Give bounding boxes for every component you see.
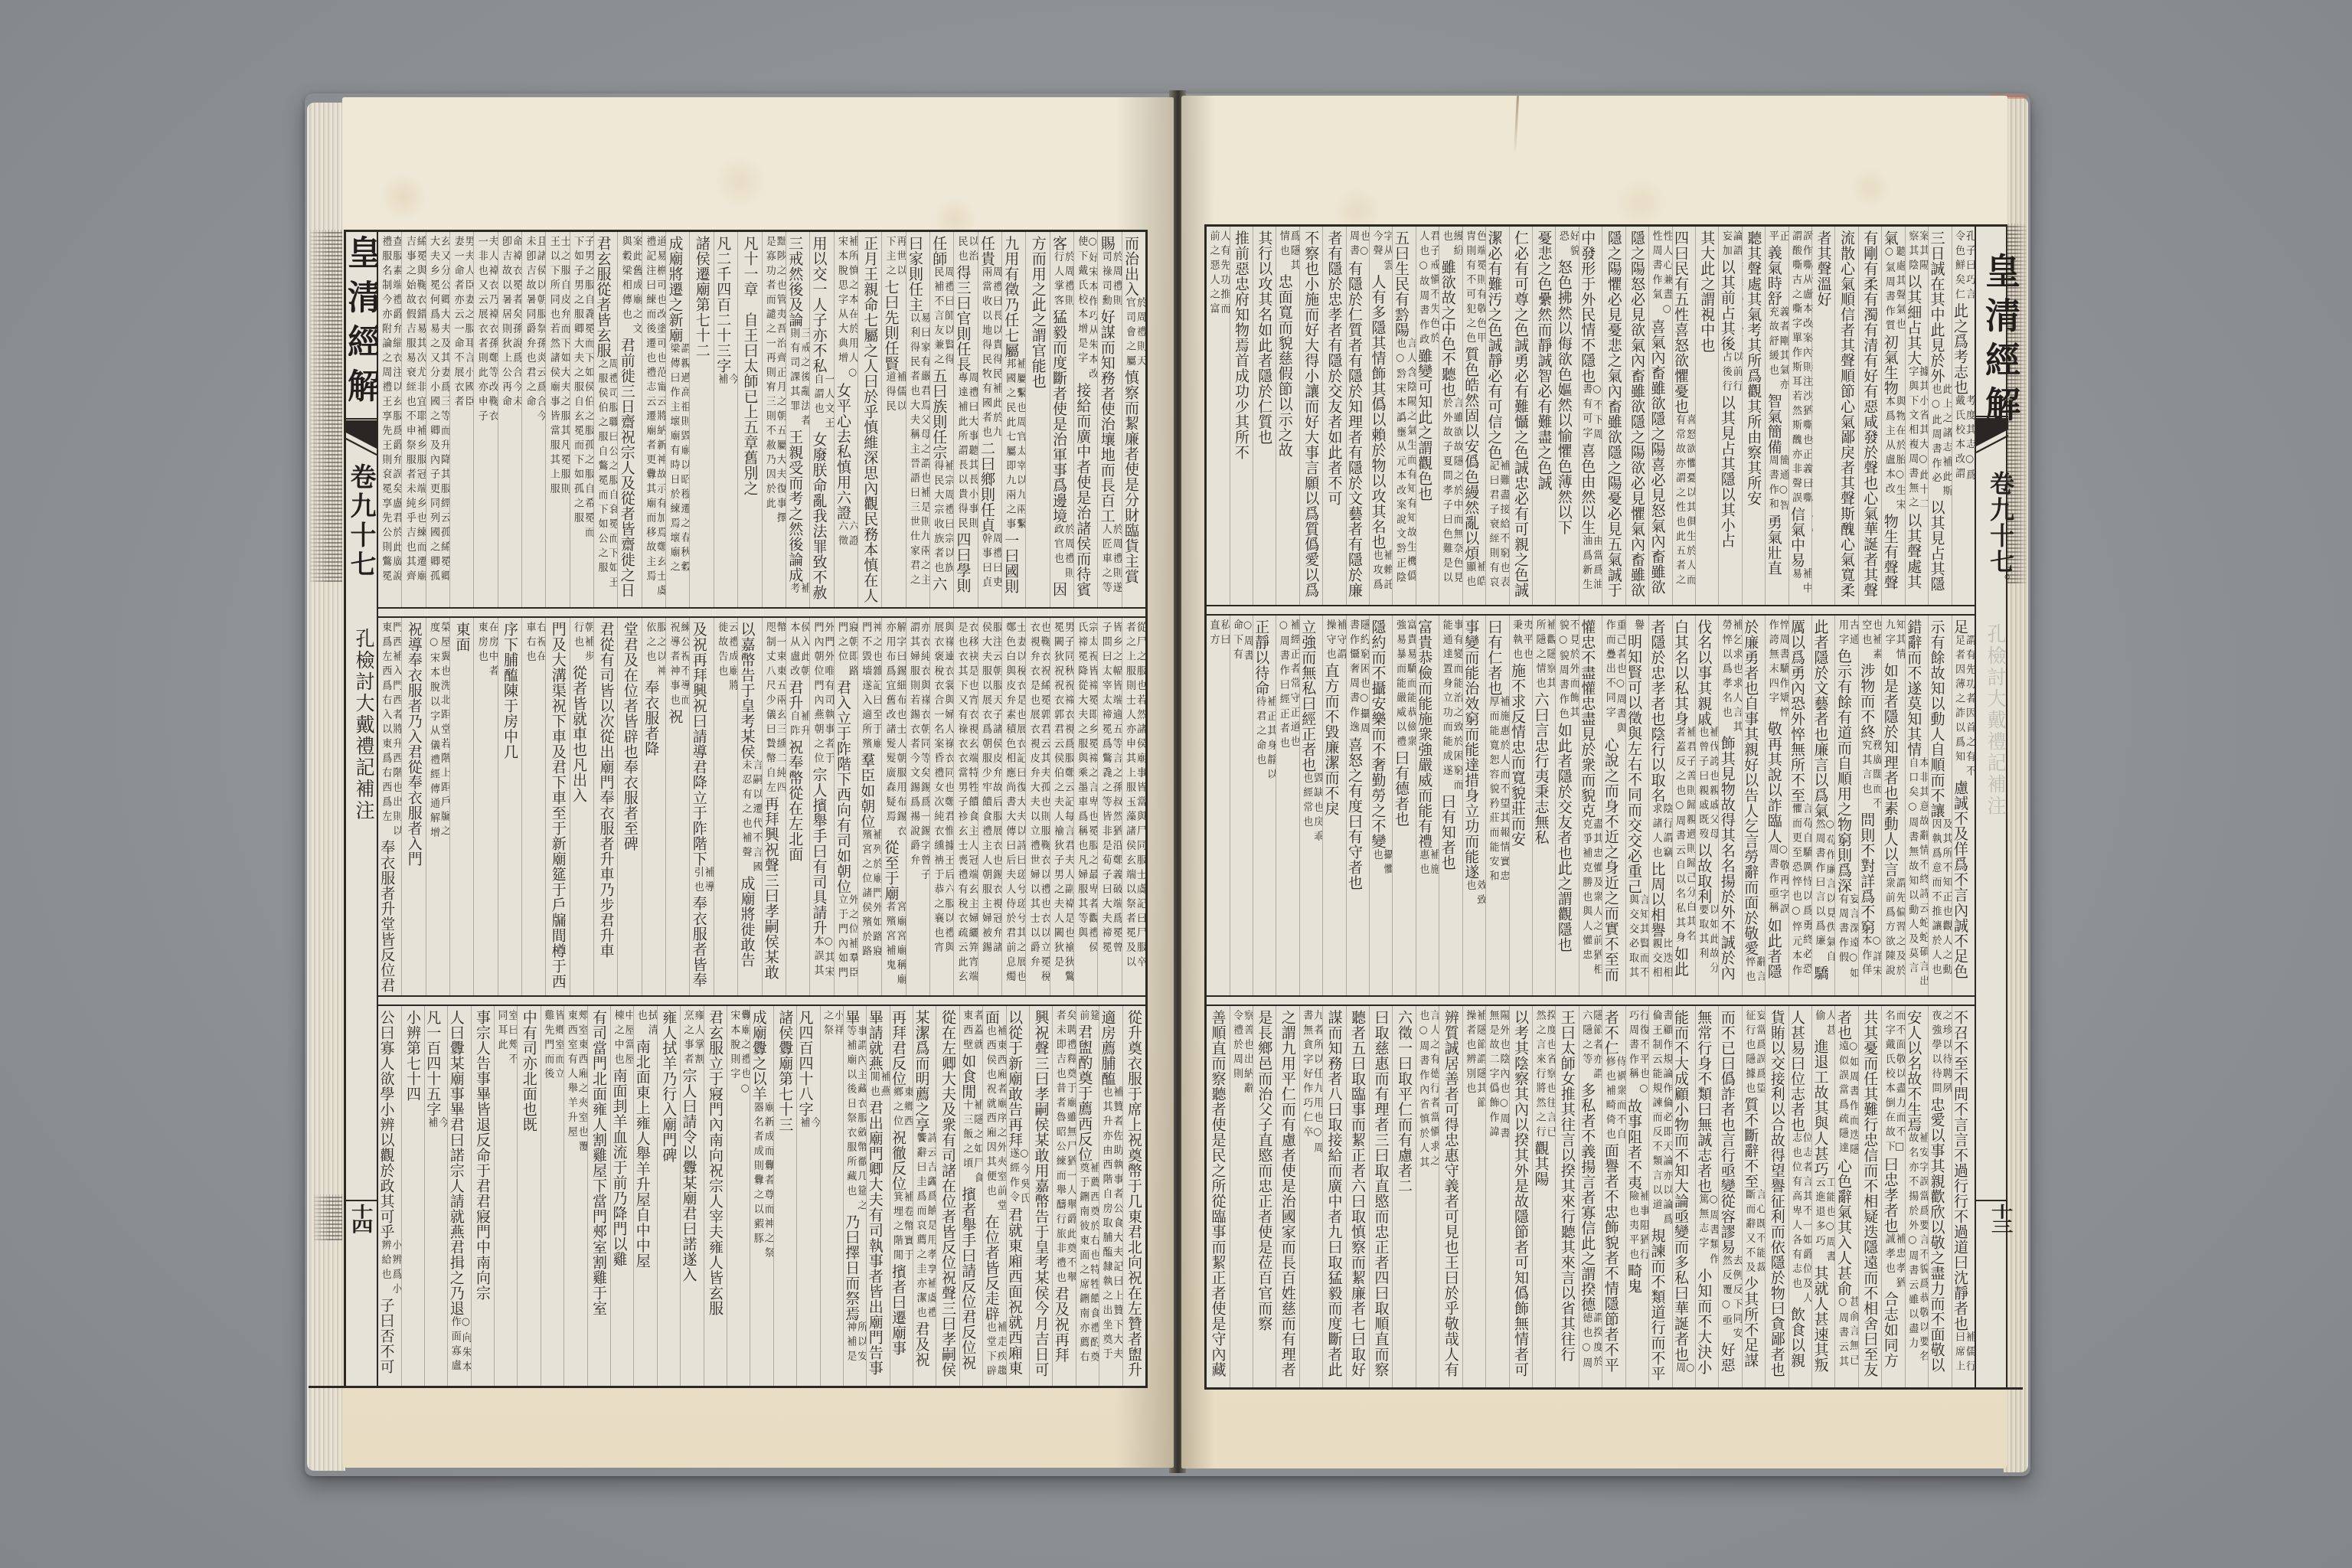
commentary-note: 於周禮則政官也 (1052, 524, 1073, 582)
paper-crease (1514, 96, 1519, 155)
commentary-line: 論語 (1731, 230, 1742, 260)
commentary-line: 士之服自皮弁而下如大夫之服其凡冕服則 (559, 236, 570, 498)
main-text: 聽者五曰取臨事而絜正者六曰取慎察而絜廉者七曰取好 (1349, 1010, 1366, 1377)
main-text: 五曰族則任宗 (930, 368, 947, 460)
commentary-line: 咫制丈八尺少儀曰贄幣自左 (764, 622, 775, 796)
main-text: 客 (1050, 236, 1067, 251)
commentary-note: 補列於廟門外如路寢殯宮之位諸侯殯於路 (860, 829, 881, 960)
main-text: 安人以名故不生焉 (1905, 1010, 1922, 1132)
main-text: 君出廟門卿大夫有司執事者皆出廟門告事 (867, 1100, 884, 1376)
commentary-line: 詩云吉蠲爲饎是用孝享補虞禮 (925, 1132, 936, 1321)
commentary-line: 之祭 (822, 1010, 832, 1039)
text-column: 客於周禮則行人掌客猛毅而度斷者使是治軍事爲邊境於周禮則政官也因 (1050, 232, 1073, 607)
main-text: 奉衣服者升堂皆反位君 (378, 840, 395, 993)
text-column: 任貴周禮曰長以貴得民補此於九兩當收以地得民牧有國者也二曰鄉則任貞周禮曰吏幹事曰貞 (978, 232, 1001, 607)
main-text: 好惡 (1719, 1342, 1736, 1373)
commentary-line: 妻一命者亦云一命不展衣者 (452, 236, 462, 410)
commentary-line: 徙故告也 (716, 622, 727, 694)
main-text: 初氣生物 (1882, 335, 1899, 396)
commentary-line: 箕埋之階閒 (891, 1191, 902, 1264)
main-text: 六 (930, 577, 947, 592)
commentary-line: 於周禮則 (1063, 524, 1073, 582)
commentary-line: 於外故子夏問孝子曰色難是以 (1441, 397, 1452, 586)
commentary-line: 也堂下辟 (985, 1321, 995, 1380)
main-text: 如此者隱 (1766, 918, 1782, 979)
main-text: 喜怒之有度曰有守者也 (1346, 737, 1363, 890)
commentary-line: 用字 (1837, 619, 1847, 648)
commentary-line: 補走疾趨 (995, 1321, 1006, 1380)
commentary-line: 外之位補羣臣 (847, 894, 857, 982)
main-text: 公曰寡人欲學小辨以觀於政其可乎 (378, 1010, 394, 1240)
commentary-note: 補伐誇也親戚父母也曾子曰親戚既歿 (1697, 727, 1718, 843)
commentary-line: 事謂內主藏衣服斂幣徹几筵之 (855, 1025, 866, 1214)
text-column: 畢請就燕補燕閒也君出廟門卿大夫有司執事者皆出廟門告事 (866, 1006, 889, 1386)
commentary-note: 謂親過高祖則毀廟以昭穆遷之春秋穀梁傳曰作主壞廟有時日於練焉壞廟之 (668, 343, 689, 576)
commentary-note: 誤作嘶从盧本改案內則注沙猶嘶也正義曰嘶謂酸嘶古之嘶字單作斯耳若然斯醜亦非聲誤 (1790, 230, 1811, 507)
main-text: 君前徙三日齋祝宗人及從者皆齋徙之日 (619, 338, 635, 598)
commentary-line: 貌○貌周書作色 (1557, 619, 1568, 723)
text-column: 曰有仁者也補施惠於人而不望其報情實忠厚而能寬恕容貌矜莊而能安和 (1485, 616, 1508, 995)
commentary-note: 雍人掌割烹之事者 (682, 1010, 704, 1068)
text-column: 解字曰錫細布也士人朝服用布錫衣亦用布爲宜舊改諸髮髮廣森疑焉從至于廟宮廟宮廟稱廟者… (881, 618, 905, 995)
commentary-line: 者之上服則士人亦申其上服玉藻諸侯玄端以祭者冕及以 (1124, 622, 1135, 971)
commentary-line: 一人文王 (823, 374, 834, 432)
register-divider (378, 607, 1145, 609)
main-text: 王曰太師女推其往言以揆其來行聽其來言以省其往行 (1559, 1010, 1576, 1362)
commentary-line: 斷而辭又不及 (1743, 1189, 1754, 1276)
text-column: 皆乡之幅皆端適五等言之孫叔然猶沿鄭義破端爲冕曾子問曰太宰太禘冕爲鷩毳之等皆非是荀… (1097, 618, 1121, 995)
main-text: 以其聲處其 (1905, 513, 1922, 590)
text-column: 筵前君盥酌奠于薦西反位補薦西奠於右也特牲饋食禮酌奠奠于鉶南彼東面之席鉶南亦薦右 (1076, 1006, 1099, 1386)
book-title: 皇清經解 (1978, 253, 2024, 430)
main-text: 辨質誠居善者可得忠惠守義者可見也王曰於乎敬哉人有 (1442, 1010, 1459, 1377)
commentary-line: 補觀隱察其 (1544, 619, 1555, 692)
commentary-line: 故名亦不揚於外○周書云雖以盡力 (1906, 1132, 1917, 1365)
commentary-line: 案此舊成廟之文 (631, 236, 642, 338)
commentary-line: 言知其賢而不 (1638, 894, 1648, 982)
text-column: 補所慎之本在於用人○宋本脫思字从大典增女平心去私慎用六證六證六徵 (834, 232, 857, 607)
commentary-note: 拭清也 (635, 1010, 657, 1039)
text-column: 伐名以事其親戚補伐誇也親戚父母也曾子曰親戚既歿以故取利以如此故分要取其利 (1695, 616, 1718, 995)
main-text: 善順直而察聽者使是民之所從臨事而絜正者使是守內藏 (1210, 1010, 1227, 1377)
commentary-line: 好貌 (1568, 230, 1579, 260)
commentary-line: ○周書 (1242, 619, 1253, 665)
commentary-line: 是也衣其下又有祿衣衣當男子袗玄士喪禮有稅衣疏云此玄 (956, 622, 967, 985)
commentary-line: 侍禍衆而不自 (1615, 1056, 1625, 1143)
commentary-line: 補 (799, 1117, 809, 1132)
commentary-note: 攝懼也 (1370, 849, 1392, 878)
main-text: 白其名以私其身 (1672, 619, 1689, 727)
commentary-line: 倫王制云能規諫而反不類言以道 (1651, 1010, 1661, 1228)
commentary-line: 門之位 (836, 622, 847, 680)
commentary-line: 本非其意故辭情不終詩云蛇蛇碩言出 (1917, 757, 1928, 990)
commentary-line: 氏禘冕降從大夫之服與乘墨車爲稱也凡婦服其等與 (1076, 622, 1086, 956)
commentary-line: 皆鄉室而立 (553, 1010, 563, 1083)
text-column: 性人心兼晝○性周書作氣喜氣內畜雖欲隱之陽喜必見怒氣內畜雖欲 (1648, 227, 1671, 605)
commentary-line: 甚俞言無已 (1847, 1296, 1858, 1370)
commentary-line: 求諸人也 (1651, 803, 1661, 861)
text-column: 行復不平也○巧周書作稱故事阻者不夷補事阻猶行險也夷平也畸鬼 (1625, 1006, 1648, 1387)
text-column: 以從于新廟敢告再拜○今吳氏遂經作令君就東廂西面祝就西廂東 (1006, 1006, 1029, 1386)
commentary-line: 夫人褘衣乃褘衣孫鄭等改鞠衣 (487, 236, 498, 425)
commentary-line: ○今吳氏 (1018, 1148, 1029, 1207)
volume-end-mark: 。 (1978, 573, 2024, 590)
text-column: 矣聘禮釋奠于廟雖無尸猶一人舉爵此奠不舉者未即吉也昔者魯昭公練而舉醻行旅非禮也君及… (1052, 1006, 1075, 1386)
commentary-note: 解字曰錫細布也士人朝服用布錫衣亦用布爲宜舊改諸髮髮廣森疑焉 (884, 622, 906, 840)
commentary-line: 命褘衣冕者矣孫說爲合今未 (511, 236, 521, 410)
text-column: 公曰寡人欲學小辨以觀於政其可乎小辨爲小辨給也子曰否不可 (378, 1006, 400, 1386)
commentary-line: 察其陰 (1906, 230, 1917, 274)
commentary-line: 妄當爲誤爲望 (1754, 1010, 1765, 1097)
main-text: 用以交一人子亦不私 (811, 236, 828, 374)
main-text: 面 (983, 1010, 1000, 1025)
commentary-line: 也經常也 (1301, 773, 1312, 845)
commentary-line: 閒也 (868, 1071, 879, 1100)
text-column: 中發形于外民情不隱也○不下周書有可字喜色由然以生由當爲油油爲新生 (1579, 227, 1602, 605)
commentary-line: 私曰 (1219, 619, 1230, 648)
commentary-note: 小祥之祭 (822, 1010, 843, 1039)
text-column: 流散心氣順信者其聲順節心氣鄙戾者其聲斯醜心氣寬柔 (1834, 227, 1857, 605)
commentary-line: 惠也 (1417, 849, 1428, 878)
commentary-line: 本爲主从盧本改 (1883, 396, 1894, 514)
commentary-line: 度○宋本脫以字从儀禮經傳通解增 (428, 622, 439, 841)
commentary-line: 烹之事者 (682, 1010, 693, 1068)
commentary-line: 侯入此朝 (799, 622, 809, 680)
commentary-line: 器名者成則釁之以豭豚 (752, 1102, 763, 1262)
commentary-line: 德也○周 (1580, 1312, 1591, 1372)
main-text: 事變而能治效窮而能達措身立功而能遂 (1462, 619, 1479, 880)
commentary-line: 待君之命也 (1254, 696, 1265, 783)
main-text: 如此者隱於交友者也此之謂觀隱也 (1556, 723, 1573, 952)
commentary-line: 要取其利 (1697, 904, 1707, 977)
commentary-line: ○周書云其 (1837, 1296, 1847, 1370)
commentary-line: 禮記注曰練而後遷也禮志云遷廟者更釁其廟而移故主焉 (644, 236, 655, 599)
commentary-line: 鄉之位 (891, 1086, 902, 1130)
commentary-line: 補事阻猶行 (1638, 1191, 1648, 1263)
commentary-note: 補所慎之本在於用人○宋本脫思字从大典增 (836, 236, 857, 383)
main-text: 祝徹反位 (890, 1130, 906, 1191)
commentary-note: 補薦西奠於右也特牲饋食禮酌奠奠于鉶南彼東面之席鉶南亦薦右 (1077, 1162, 1099, 1366)
commentary-line: 六證 (847, 521, 857, 550)
main-text: 隱約而不攝安樂而不奢勤勞之不變 (1369, 619, 1386, 849)
commentary-line: 亦用布爲宜舊改諸髮髮廣森疑焉 (884, 622, 895, 840)
text-column: 有司當門北面雍人割雞屋下當門郟室割雞于室 (587, 1006, 610, 1386)
commentary-note: 案此舊成廟之文與穀梁相傳也 (620, 236, 642, 338)
commentary-line: 位志者言其不一如爵位及人 (1801, 1132, 1811, 1307)
fishtail-ornament-icon (345, 418, 377, 456)
text-column: 事變而能治效窮而能達措身立功而能遂效致也 (1462, 616, 1485, 995)
text-column: 隱約窮困也○攝周書作懾奢周書作逸喜怒之有度曰有守者也 (1346, 616, 1369, 995)
text-column: 六徵一曰取平仁而有慮者二 (1392, 1006, 1415, 1387)
text-column: 色端冕則有敬色甲冑則有不可犯之色質色皓然固以安僞色縵然亂以煩補皓顯也 (1462, 227, 1485, 605)
text-column: 衣移袂是也宵衣視玄端特牲饋食主人冠端玄主婦纚笄宵端是也衣其下又有祿衣衣當男子袗玄… (953, 618, 977, 995)
text-column: 白其名以私其身補君子善則歸親過則歸己分白其名者蓋反之也○周書云自以名私其身如此 (1672, 616, 1695, 995)
commentary-note: 外之位補羣臣立于門內如門 (836, 894, 857, 982)
commentary-line: 神補是 (844, 1321, 855, 1365)
commentary-note: 不見於外而飾其貌○貌周書作色 (1557, 619, 1579, 723)
main-text: 施不求反情忠而寬貌莊而安 (1509, 663, 1526, 847)
commentary-line: 空也 (1860, 619, 1870, 663)
commentary-note: 事有變而能治之致於困窮而能通達置身立功而能成遂 (1441, 619, 1462, 794)
text-column: 小祥之祭 (820, 1006, 843, 1386)
commentary-line: 言雖欲故隱之於中而無奈色見 (1452, 397, 1462, 586)
text-column: 門西補入門西者將升西階也出則以東爲左西爲右入以東爲右西爲左奉衣服者升堂皆反位君 (378, 618, 401, 995)
text-column: 三戒然後及論三戒之後亂法者則有司課其罪王親受而考之然後論成補考 (786, 232, 809, 607)
main-text: 以從于新廟敢告再拜 (1006, 1010, 1023, 1148)
main-text: 接給而廣中者使是治諸侯而待賓 (1074, 383, 1091, 597)
commentary-note: 好貌恐 (1557, 230, 1579, 260)
right-upper-register: 孔子曰巧言令色鮮矣仁此之爲考志也考度其志○爲戴氏校本改謂三日誠在其中此見於外此上… (1207, 227, 1975, 605)
main-text: 君盥酌奠于薦西反位 (1076, 1024, 1093, 1162)
commentary-line: 工能也○周書 (1824, 1177, 1834, 1266)
main-text: 從至于廟 (883, 840, 900, 901)
commentary-line: 及其所不知正也觀人之動 (1941, 818, 1952, 978)
commentary-line: 爲隱其 (1289, 230, 1299, 274)
commentary-line: 車右也 (524, 622, 534, 665)
commentary-note: 聽處其聲氣也○氣周書作質 (1883, 246, 1905, 335)
main-text: 能而不大成顧小物而不知大論亟變而多私曰華誕者也 (1672, 1010, 1689, 1362)
commentary-line: 冕闕狄祝祝衣郭君云侯伯之夫人褕狄子男之夫人闕狄是 (1052, 622, 1063, 985)
right-middle-register: 足謂有先功者因首之有不足者因薄之詐以爲知慮誠不及佯爲不言內誠不足色示有餘故知以動… (1207, 616, 1975, 995)
main-text: 慎察而絜廉者使是分財臨貨主賞 (1122, 370, 1139, 584)
commentary-line: 修也補畸倚也 (1604, 1056, 1615, 1143)
commentary-line: 補 (716, 374, 727, 388)
commentary-line: 效致 (1475, 880, 1485, 909)
commentary-note: 言心既不能裁斷而辭又不及 (1743, 1189, 1765, 1276)
commentary-line: 妄加 (1720, 230, 1731, 260)
text-column: 書顧作規論作倫必即天論亦以論爲倫王制云能規諫而反不類言以道規諫而不類道行而不平曰… (1648, 1006, 1671, 1387)
commentary-line: 三戒之後亂法者 (799, 328, 809, 430)
commentary-line: 道易檐可也改塗可也范甯云將納新神故示有加焉鄭玄士虞 (655, 236, 665, 599)
commentary-line: 隱節者亦謂 (1591, 1010, 1602, 1083)
text-column: 能而不大成顧小物而不知大論亟變而多私曰華誕者也○周 (1672, 1006, 1695, 1387)
commentary-line: 補乞求也求人言其 (1731, 619, 1742, 736)
commentary-line: 妄言深遠○如 (1847, 893, 1858, 982)
text-column: 潔必有難汚之色誠靜必有可信之色補難盡接給不窮也表記曰君子衰絰則有哀 (1485, 227, 1508, 605)
text-column: 凡四百四十八字今補 (796, 1006, 819, 1386)
commentary-note: 寢朝即路門之位 (836, 622, 857, 680)
text-column: ○周書命下有 (1230, 616, 1253, 995)
text-column: 察善也出納辭令禮於周則 (1230, 1006, 1253, 1387)
text-column: 者有隱於忠孝者有隱於交友者如此者不可 (1322, 227, 1345, 605)
commentary-line: 周禮曰師以賢得 (942, 266, 953, 368)
commentary-line: 此上之諸志補此斯 (1941, 384, 1952, 500)
text-column: 王曰太師女推其往言以揆其來行聽其來言以省其往行 (1555, 1006, 1578, 1387)
text-column: 神之也雜記曰至于廟門不毀墻遂入適所殯羣臣如朝位補列於廟門外如路寢殯宮之位諸侯殯於… (857, 618, 881, 995)
main-text: 面譽者不忠飾貌者不情隱節者不平 (1602, 1143, 1619, 1373)
commentary-line: 子男之服自毳冕而下如侯伯之服孤之服自希冕而 (583, 236, 593, 541)
commentary-note: 隱約窮困也○攝周書作懾奢周書作逸 (1347, 619, 1369, 737)
register-divider (1207, 995, 1975, 997)
commentary-line: 也其升亦由西階自房取脯醢隸執之出坐奠于 (1101, 1086, 1112, 1363)
commentary-note: 言雖欲故隱之於中而無奈色見於外故子夏問孝子曰色難是以 (1441, 397, 1462, 586)
text-column: 君玄服立于寢門內南向祝宗人宰夫雍人皆玄服 (704, 1006, 727, 1386)
commentary-note: 爲隱其情也 (1278, 230, 1299, 274)
main-text: 而不已曰僞詐者也言行亟變從容謬易 (1719, 1010, 1736, 1255)
text-column: 諸侯遷廟第七十二 (689, 232, 713, 607)
commentary-line: 然周書作曰言以爲廉 (1813, 818, 1824, 965)
main-text: 得 (955, 265, 972, 280)
commentary-note: 補安字誤當爲要言不貌爲恭敬以要名故名亦不揚於外○周書云雖以盡力 (1906, 1132, 1928, 1365)
text-column: 曰取慈惠而有理者三曰取直愍而忠正者四曰取順直而察 (1369, 1006, 1392, 1387)
main-text: 人曰釁某廟事畢君曰諾宗人請就燕君揖之乃退 (448, 1010, 465, 1316)
main-text: 者隱於忠孝者也陰行以取名 (1649, 619, 1666, 803)
commentary-note: 知其情九字 (1883, 619, 1905, 663)
commentary-line: 補導 (703, 867, 714, 896)
commentary-note: 事謂內主藏衣服斂幣徹几筵之等補廟以後日祭衣服所藏也 (844, 1025, 866, 1214)
commentary-line: 也 (635, 1010, 646, 1039)
main-text: 共其憂而任其難行忠信而不相疑迭隱遠而不相舍曰至友 (1861, 1010, 1878, 1377)
commentary-line: 服注云朝服天子諸侯皮弁故后服展衣也錫衣視冠弁諸 (991, 622, 1001, 956)
text-column: 而不已曰僞詐者也言行亟變從容謬易去例反下同安然反覆○亟好惡 (1718, 1006, 1741, 1387)
text-column: 隱約而不攝安樂而不奢勤勞之不變攝懼也 (1369, 616, 1392, 995)
commentary-note: 古通用字 (1837, 619, 1858, 648)
commentary-line: 謂親過高祖則毀廟以昭穆遷之春秋穀 (678, 343, 689, 576)
commentary-note: 男夫人臣妻之服耳言小國臣妻一命者亦云一命不展衣者 (452, 236, 473, 410)
main-text: 心說之而身不近之身近之而實不至而 (1602, 737, 1619, 982)
commentary-line: 雞先門而後 (542, 1010, 553, 1083)
commentary-line: 六徵 (836, 521, 847, 550)
commentary-line: 察善也出納辭 (1242, 1010, 1253, 1097)
commentary-line: 攝懼 (1381, 849, 1392, 878)
text-column: 而治出入於周禮則天官司會之屬慎察而絜廉者使是分財臨貨主賞 (1122, 232, 1145, 607)
text-column: 興祝聲三曰孝嗣侯某敢用嘉幣告于皇考某侯今月吉日可 (1029, 1006, 1052, 1386)
text-column: 小辨第七十四 (401, 1006, 424, 1386)
commentary-note: 從尸之服也若然諸侯廟事皆當與尸同服士虞記曰尸服卒者之上服則士人亦申其上服玉藻諸侯… (1124, 622, 1145, 971)
text-column: 曰家則任主易曰家有嚴君焉父母之謂也補是則九兩之主以利得民者也大夫稱主晉語曰三世仕… (906, 232, 929, 607)
commentary-note: 服之以神依之也 (644, 622, 665, 680)
text-column: 誤作嘶从盧本改案內則注沙猶嘶也正義曰嘶謂酸嘶古之嘶字單作斯耳若然斯醜亦非聲誤信氣… (1788, 227, 1811, 605)
commentary-note: 君子戒愼不失色於人也○故周書作政 (1417, 230, 1439, 348)
text-column: 諸侯釁廟第七十三 (773, 1006, 796, 1386)
commentary-line: 於周禮則 (1063, 251, 1073, 309)
main-text: 飾其見物故得其名名揚於外不誠於內 (1719, 736, 1736, 981)
text-column: 之珍以待聘夙夜強學以待問忠愛以事其親歡欣以敬之盡力而不面敬以 (1928, 1006, 1951, 1387)
commentary-line: 志也位有高卑人各有志也 (1790, 1132, 1801, 1307)
text-column: 賜於周禮則司祿司勳好謀而知務者使治壤地而長百工於周禮則遂人匠車之等 (1097, 232, 1121, 607)
commentary-line: 言嗣以遷代不言國 (751, 759, 762, 876)
commentary-line: 右祝在 (534, 622, 545, 665)
commentary-line: 考 (788, 583, 799, 597)
commentary-line: 以利得民者也大夫稱主晉語曰三世仕家君之 (908, 312, 919, 589)
commentary-note: 重己者也○周書與作而疊出不同字 (1604, 619, 1625, 737)
main-text: 凡十一章 自王曰太師已上五章舊別之 (742, 236, 759, 496)
commentary-line: 祝導者神事也 (668, 622, 678, 709)
main-text: 興祝聲三曰孝嗣侯某敢用嘉幣告于皇考某侯今月吉日可 (1032, 1010, 1049, 1377)
main-text: 涉物而不終 (1858, 663, 1875, 740)
commentary-line: 易曰家有嚴君焉父母之謂也補是則九兩之主 (919, 312, 929, 589)
text-column: 成廟將遷之新廟謂親過高祖則毀廟以昭穆遷之春秋穀梁傳曰作主壞廟有時日於練焉壞廟之 (665, 232, 689, 607)
commentary-line: ○向朱本 (460, 1316, 471, 1376)
left-lower-register: 從升奠衣服于席上祝奠幣于几東君北向祝在左贊者盥升適房薦脯醢補贊者佐助執事者公食大… (378, 1006, 1145, 1386)
commentary-line: 操者也辨別也 (1464, 1010, 1475, 1112)
commentary-line: 作誇無末四字 (1767, 619, 1778, 721)
text-column: 者也○如周書作而迭隱遠似誤當爲疏隱達心色辭氣其入人甚俞甚俞言無已○周書云其 (1834, 1006, 1857, 1387)
commentary-note: 練公祝不導而祝導者神事也 (668, 622, 689, 709)
text-column: 宗太祝皆禘冕即乡冕禘之言卑也冕服之最卑者觀禮侯氏禘冕降從大夫之服與乘墨車爲稱也凡… (1073, 618, 1097, 995)
commentary-line: 補施 (1428, 849, 1439, 878)
commentary-note: 補隱之如尸食十三飯之頃 (961, 1099, 982, 1187)
commentary-line: 補經正者常守正道也 (1289, 619, 1299, 752)
commentary-line: 險也夷平也 (1627, 1191, 1638, 1263)
commentary-line: 勞悴以爲孝名也 (1720, 619, 1731, 736)
commentary-line: 也攻爲 (1370, 550, 1381, 593)
commentary-note: 補施惠於人而不望其報情實忠厚而能寬恕容貌矜莊而能安和 (1488, 696, 1509, 885)
main-text: 飲食以親 (1788, 1307, 1805, 1368)
commentary-note: 補乞求也求人言其勞悴以爲孝名也 (1720, 619, 1742, 736)
commentary-note: 門西補入門西者將升西階也出則以東爲左西爲右入以東爲右西爲左 (380, 622, 401, 840)
text-column: 善順直而察聽者使是民之所從臨事而絜正者使是守內藏 (1207, 1006, 1229, 1387)
commentary-line: 等補廟以後日祭衣服所藏也 (844, 1025, 855, 1214)
commentary-line: 本誤其 (812, 936, 823, 981)
commentary-note: ○如周書作而迭隱遠似誤當爲疏隱達 (1837, 1040, 1858, 1158)
main-text: 五曰生民有霒陽 (1393, 230, 1410, 338)
commentary-note: 宗太祝皆禘冕即乡冕禘之言卑也冕服之最卑者觀禮侯氏禘冕降從大夫之服與乘墨車爲稱也凡… (1076, 622, 1097, 956)
commentary-line: 補中 (1801, 568, 1811, 597)
commentary-note: 補宗周禮曰宗以族得民大宗收族者也 (932, 460, 953, 577)
main-text: 成廟釁之以羊 (750, 1010, 767, 1102)
text-column: 者其聲溫好斯當爲嘶嘶聲誤爲斯春秋左傳曰蜂目豺聲忍人也夫音之美惡尚通於金石而況於身… (1811, 227, 1834, 605)
commentary-line: 筵 (1088, 1010, 1099, 1024)
commentary-line: 周書作亟稱 (1767, 844, 1778, 918)
commentary-line: 補正其身靜以 (1265, 696, 1276, 783)
main-text: 小知而不大決小 (1695, 1268, 1712, 1375)
commentary-line: 司祿司勳 (1100, 251, 1111, 309)
commentary-note: ○詳宋本作佯 (1860, 935, 1881, 980)
commentary-line: 補卷幣實于 (902, 1191, 913, 1264)
main-text: 色示有餘有道而自順用之物窮則爲深 (1835, 648, 1852, 893)
main-text: 南北面東上雍人舉羊升屋自中中屋 (634, 1039, 651, 1269)
commentary-line: 補屬繫也周官太宰以九兩繫 (1014, 358, 1025, 533)
commentary-line: 由當爲油 (1591, 535, 1602, 593)
commentary-line: 征行也隱據也 (1743, 1010, 1754, 1097)
commentary-line: 補施惠於人而不望其報情實忠 (1498, 696, 1509, 885)
text-column: 雍人拭羊乃行入廟門碑 (657, 1006, 680, 1386)
text-column: 言人之有德行者當愼求之也○周書作內省慎於人其 (1416, 1006, 1439, 1387)
commentary-line: 於周禮則 (1111, 251, 1122, 309)
commentary-line: 之珍以待聘夙 (1941, 1010, 1952, 1097)
commentary-line: 使下戴氏校本增是字 (1076, 236, 1086, 383)
text-column: 無常行身不類曰無誠志者也○周書類作篤無志字小知而不大決小 (1695, 1006, 1718, 1387)
commentary-note: 補考 (788, 583, 809, 597)
commentary-note: 於周禮則司祿司勳 (1100, 251, 1122, 309)
commentary-note: 玄又分公卿大夫及其妻爲三等而升降其服經云孤絺冕卿大夫乡冕何爲易之又分小國之卿及內… (428, 236, 449, 585)
text-column: 用以交一人子亦不私一人文王自謂也女廢朕命亂我法罪致不赦 (809, 232, 833, 607)
register-divider (1207, 605, 1975, 606)
commentary-note: 黜陟之也管夷吾治齊正月之朝五屬大夫復事擇是寡功者而譴之一再則宥三則不赦乃因於此 (764, 236, 786, 527)
commentary-line: 情也 (1278, 230, 1289, 274)
commentary-note: 補走疾趨也堂下辟 (985, 1321, 1006, 1380)
commentary-line: 宗太祝皆禘冕即乡冕禘之言卑也冕服之最卑者觀禮侯 (1086, 622, 1097, 956)
main-text: 子曰否不可 (378, 1298, 394, 1374)
commentary-line: 然之言來行將然之行 (1534, 1010, 1544, 1141)
text-column: 再拜君反位東鄉西鄉之位祝徹反位補卷幣實于箕埋之階閒擯者曰遷廟事 (890, 1006, 913, 1386)
commentary-note: 補導引也 (692, 867, 714, 896)
text-column: 四曰民有五性喜怒欲懼憂也喜怒欲懼憂以其俱生於人而有常故亦謂之性也此五者之 (1672, 227, 1695, 605)
commentary-line: 梁傳曰作主壞廟有時日於練焉壞廟之 (668, 343, 678, 576)
commentary-line: 補薦西奠於右也特牲饋食禮酌奠 (1088, 1162, 1099, 1366)
main-text: 立強而無私曰經正者也 (1299, 619, 1316, 773)
main-text: 諸侯遷廟第七十二 (694, 236, 710, 358)
main-text: 謀而知務者八曰取接給而廣中者九曰取猛毅而度斷者此 (1326, 1010, 1343, 1377)
text-column: 字从雲今聲人有多隱其情飾其僞以賴於物以攻其名也補賴託也攻爲 (1369, 227, 1392, 605)
commentary-line: 周禮曰吏 (991, 533, 1001, 591)
text-column: 共其憂而任其難行忠信而不相疑迭隱遠而不相舍曰至友 (1858, 1006, 1881, 1387)
commentary-line: 禮服名制今亦附論之周禮王享先王則袞冕享先公則鷩冕 (380, 236, 390, 585)
commentary-note: 所以安神補是 (844, 1321, 866, 1365)
commentary-note: 去例反下同安然反覆○亟 (1720, 1255, 1742, 1342)
commentary-note: 補儒行曰席上 (1953, 1331, 1975, 1375)
